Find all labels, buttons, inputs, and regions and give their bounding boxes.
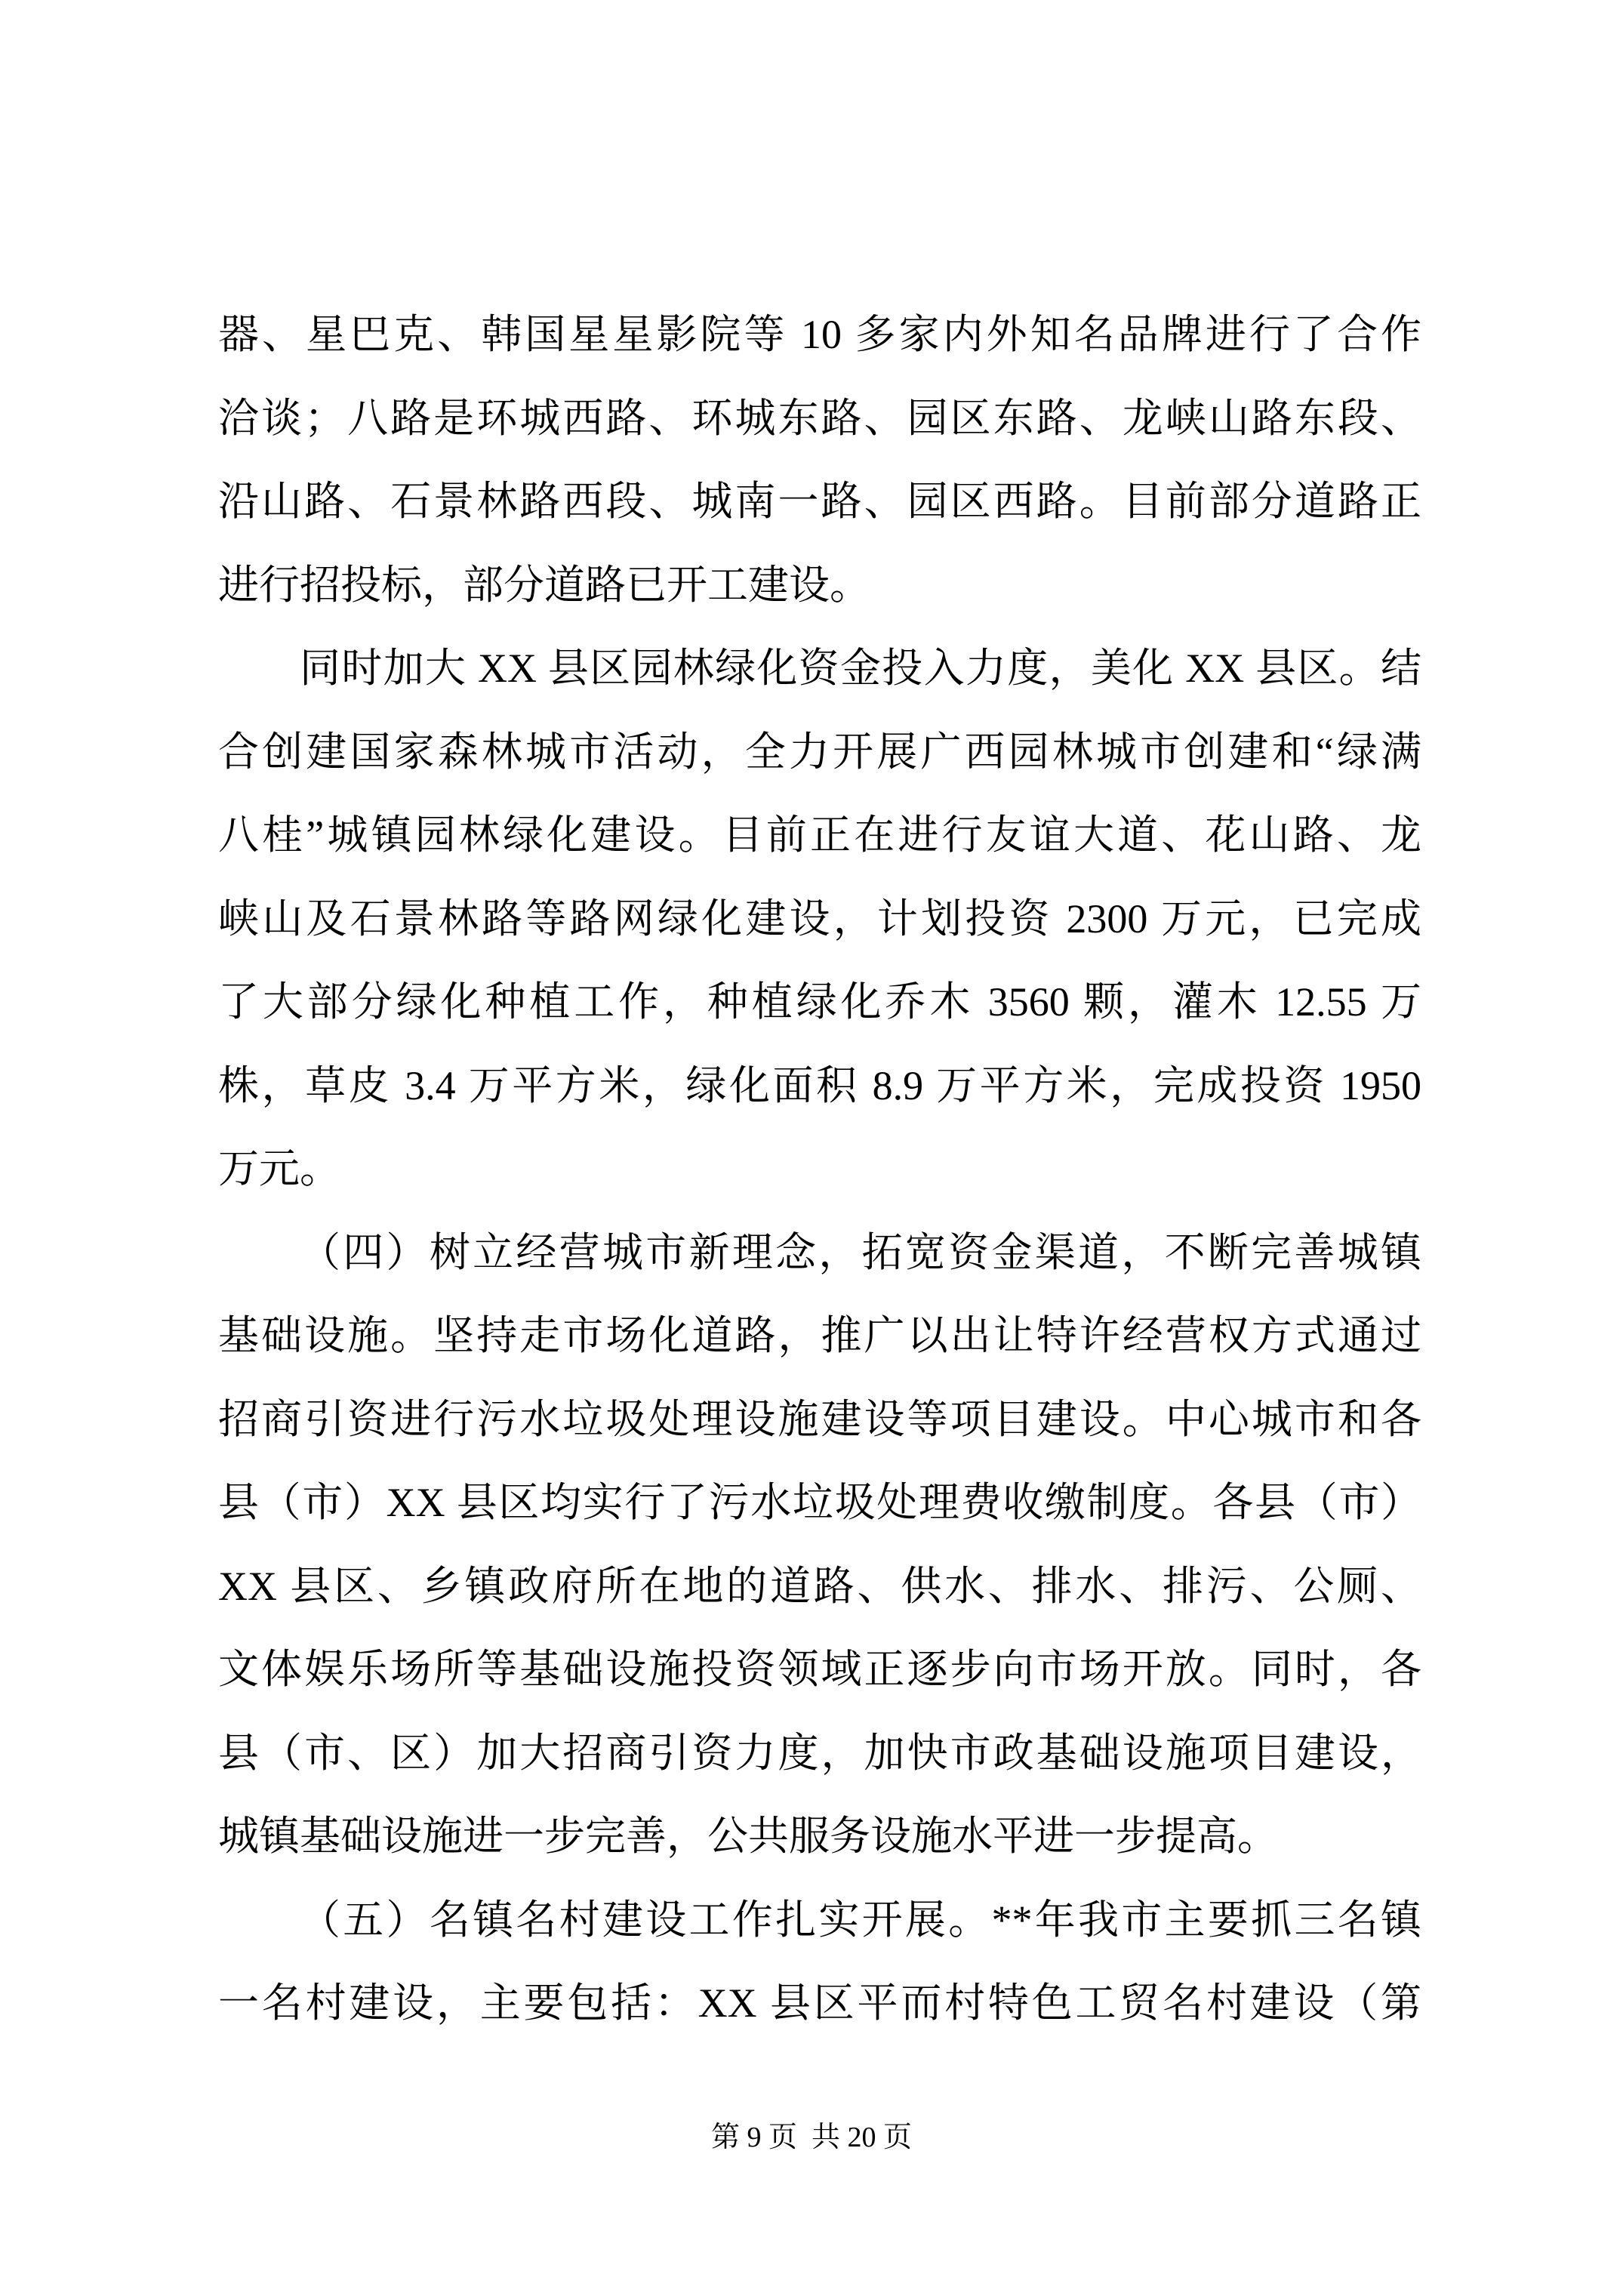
text-line: 县（市、区）加大招商引资力度，加快市政基础设施项目建设，: [218, 1712, 1421, 1795]
text-line-paragraph-start: （四）树立经营城市新理念，拓宽资金渠道，不断完善城镇: [218, 1211, 1421, 1295]
page-footer: 第 9 页 共 20 页: [0, 2116, 1623, 2159]
text-line: 株，草皮 3.4 万平方米，绿化面积 8.9 万平方米，完成投资 1950: [218, 1044, 1421, 1128]
text-line: 县（市）XX 县区均实行了污水垃圾处理费收缴制度。各县（市）: [218, 1461, 1421, 1545]
text-line: 沿山路、石景林路西段、城南一路、园区西路。目前部分道路正: [218, 460, 1421, 544]
document-page: 器、星巴克、韩国星星影院等 10 多家内外知名品牌进行了合作 洽谈；八路是环城西…: [0, 0, 1623, 2296]
text-line: 洽谈；八路是环城西路、环城东路、园区东路、龙峡山路东段、: [218, 377, 1421, 461]
text-line: 器、星巴克、韩国星星影院等 10 多家内外知名品牌进行了合作: [218, 293, 1421, 377]
text-line: 进行招投标，部分道路已开工建设。: [218, 544, 1421, 627]
text-line: 城镇基础设施进一步完善，公共服务设施水平进一步提高。: [218, 1795, 1421, 1878]
text-line: 一名村建设，主要包括：XX 县区平而村特色工贸名村建设（第: [218, 1962, 1421, 2045]
text-line: 了大部分绿化种植工作，种植绿化乔木 3560 颗，灌木 12.55 万: [218, 960, 1421, 1044]
text-line: 八桂”城镇园林绿化建设。目前正在进行友谊大道、花山路、龙: [218, 794, 1421, 877]
text-line-paragraph-start: （五）名镇名村建设工作扎实开展。**年我市主要抓三名镇: [218, 1878, 1421, 1962]
text-line: XX 县区、乡镇政府所在地的道路、供水、排水、排污、公厕、: [218, 1545, 1421, 1629]
text-line: 万元。: [218, 1127, 1421, 1211]
document-body: 器、星巴克、韩国星星影院等 10 多家内外知名品牌进行了合作 洽谈；八路是环城西…: [218, 293, 1421, 2045]
text-line-paragraph-start: 同时加大 XX 县区园林绿化资金投入力度，美化 XX 县区。结: [218, 627, 1421, 710]
text-line: 文体娱乐场所等基础设施投资领域正逐步向市场开放。同时，各: [218, 1628, 1421, 1712]
text-line: 基础设施。坚持走市场化道路，推广以出让特许经营权方式通过: [218, 1294, 1421, 1378]
text-line: 招商引资进行污水垃圾处理设施建设等项目建设。中心城市和各: [218, 1378, 1421, 1462]
text-line: 合创建国家森林城市活动，全力开展广西园林城市创建和“绿满: [218, 710, 1421, 794]
text-line: 峡山及石景林路等路网绿化建设，计划投资 2300 万元，已完成: [218, 877, 1421, 961]
